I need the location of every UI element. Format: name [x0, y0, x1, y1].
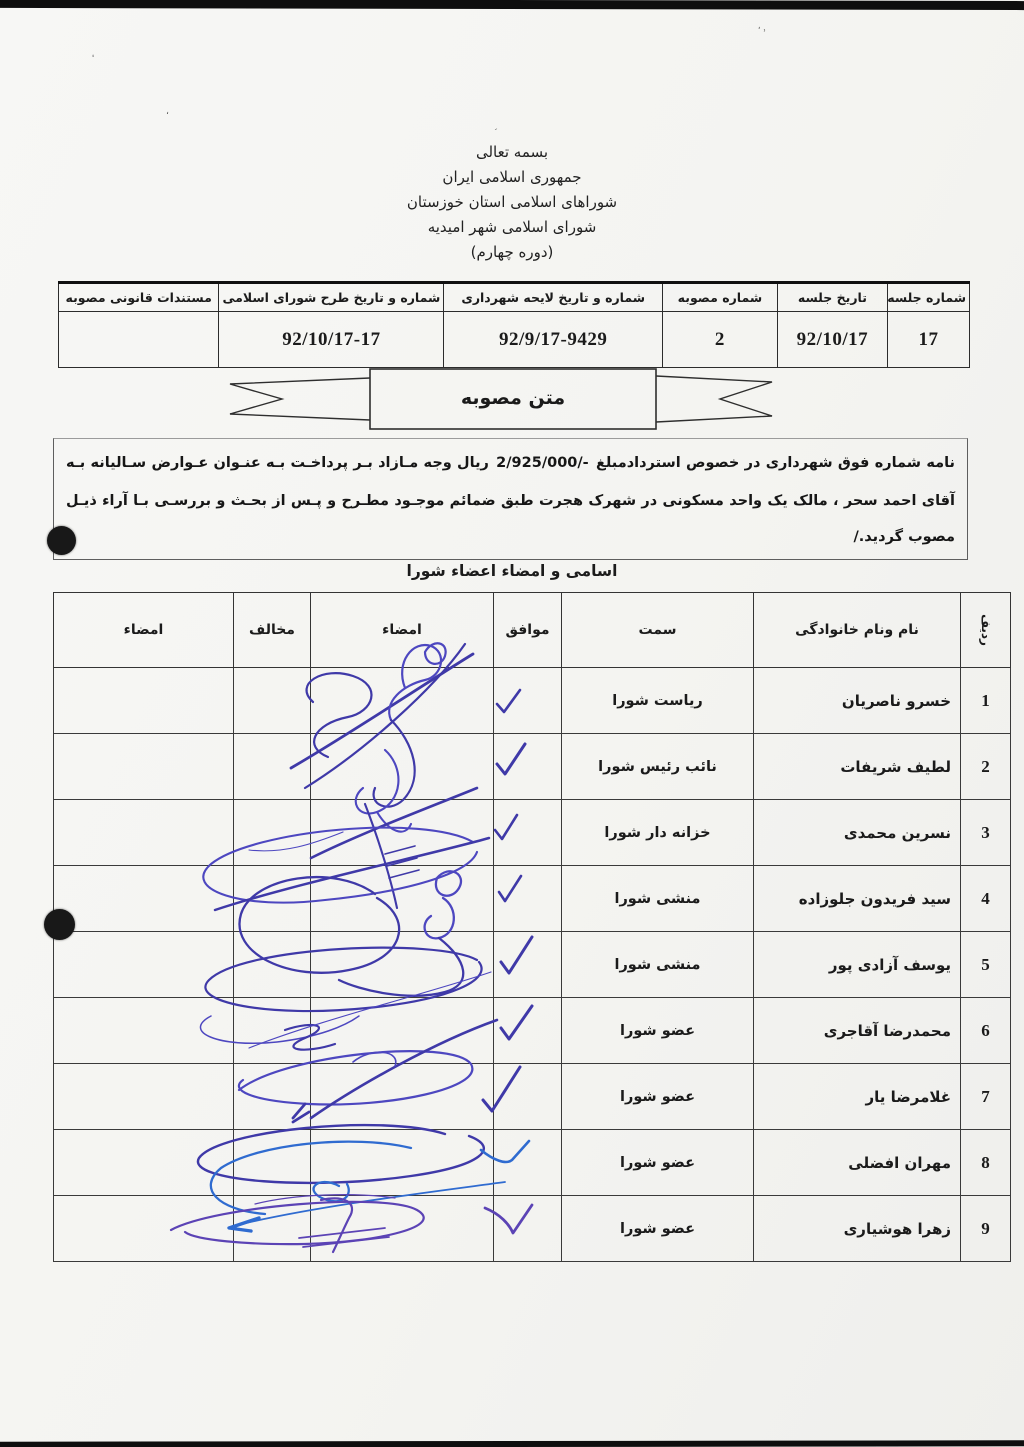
refund-amount: 2/925/000/- — [494, 444, 591, 482]
agree-mark-cell — [494, 1196, 562, 1262]
signature2-cell — [54, 1130, 234, 1196]
hole-punch-mark — [44, 909, 75, 940]
member-name: غلامرضا یار — [754, 1064, 961, 1130]
member-position: خزانه دار شورا — [562, 800, 754, 866]
agree-mark-cell — [494, 866, 562, 932]
members-table-body: 1خسرو ناصریانریاست شورا2لطیف شریفاتنائب … — [54, 668, 1011, 1262]
signature-cell — [311, 668, 494, 734]
resolution-banner: متن مصوبه — [224, 366, 778, 432]
agree-mark-cell — [494, 932, 562, 998]
member-name: لطیف شریفات — [754, 734, 961, 800]
row-number: 1 — [961, 668, 1011, 734]
letterhead-line: (دوره چهارم) — [0, 240, 1024, 265]
resolution-line-1: نامه شماره فوق شهرداری در خصوص استردادمب… — [66, 444, 955, 482]
oppose-cell — [234, 734, 311, 800]
header-resolution-number: شماره مصوبه — [663, 283, 778, 312]
signature2-cell — [54, 1064, 234, 1130]
scan-edge-bottom — [0, 1440, 1024, 1447]
signature2-cell — [54, 800, 234, 866]
header-member-name: نام ونام خانوادگی — [754, 593, 961, 668]
session-info-table: شماره جلسه تاریخ جلسه شماره مصوبه شماره … — [58, 281, 970, 368]
member-row: 1خسرو ناصریانریاست شورا — [54, 668, 1011, 734]
member-position: ریاست شورا — [562, 668, 754, 734]
ink-speck: ، — [166, 108, 169, 117]
member-name: زهرا هوشیاری — [754, 1196, 961, 1262]
member-name: مهران افضلی — [754, 1130, 961, 1196]
signature2-cell — [54, 998, 234, 1064]
header-member-position: سمت — [562, 593, 754, 668]
members-header-row: ردیف نام ونام خانوادگی سمت موافق امضاء م… — [54, 593, 1011, 668]
agree-mark-cell — [494, 800, 562, 866]
signature-cell — [311, 1196, 494, 1262]
member-row: 8مهران افضلیعضو شورا — [54, 1130, 1011, 1196]
signature2-cell — [54, 1196, 234, 1262]
resolution-text-box: نامه شماره فوق شهرداری در خصوص استردادمب… — [53, 438, 968, 560]
ink-speck: ʻ — [92, 55, 98, 64]
signature-cell — [311, 734, 494, 800]
resolution-text: ریال وجه مـازاد بـر پرداخـت بـه عنـوان ع… — [66, 455, 489, 471]
member-row: 5یوسف آزادی پورمنشی شورا — [54, 932, 1011, 998]
letterhead-line: جمهوری اسلامی ایران — [0, 165, 1024, 190]
header-row-number: ردیف — [961, 593, 1011, 668]
member-row: 4سید فریدون جلوزادهمنشی شورا — [54, 866, 1011, 932]
ink-speck: ˏ — [493, 122, 500, 132]
member-row: 6محمدرضا آقاجریعضو شورا — [54, 998, 1011, 1064]
member-position: عضو شورا — [562, 1130, 754, 1196]
signature-cell — [311, 998, 494, 1064]
signature-cell — [311, 1064, 494, 1130]
scanned-document-page: ʻ ، ˏ ʹ ˒ بسمه تعالی جمهوری اسلامی ایران… — [0, 0, 1024, 1447]
agree-mark-cell — [494, 668, 562, 734]
info-header-row: شماره جلسه تاریخ جلسه شماره مصوبه شماره … — [59, 283, 970, 312]
oppose-cell — [234, 866, 311, 932]
row-number: 3 — [961, 800, 1011, 866]
member-position: نائب رئیس شورا — [562, 734, 754, 800]
member-name: محمدرضا آقاجری — [754, 998, 961, 1064]
letterhead-line: شوراهای اسلامی استان خوزستان — [0, 190, 1024, 215]
resolution-line-3: مصوب گردید./ — [66, 520, 955, 554]
header-plan-number-date: شماره و تاریخ طرح شورای اسلامی — [219, 283, 444, 312]
signature2-cell — [54, 734, 234, 800]
oppose-cell — [234, 668, 311, 734]
value-legal-docs — [59, 312, 219, 368]
member-name: سید فریدون جلوزاده — [754, 866, 961, 932]
row-number: 5 — [961, 932, 1011, 998]
header-legal-docs: مستندات قانونی مصوبه — [59, 283, 219, 312]
agree-mark-cell — [494, 998, 562, 1064]
oppose-cell — [234, 1064, 311, 1130]
signature2-cell — [54, 866, 234, 932]
signature-cell — [311, 1130, 494, 1196]
info-value-row: 17 92/10/17 2 92/9/17-9429 92/10/17-17 — [59, 312, 970, 368]
oppose-cell — [234, 998, 311, 1064]
member-row: 2لطیف شریفاتنائب رئیس شورا — [54, 734, 1011, 800]
value-session-number: 17 — [888, 312, 970, 368]
member-row: 3نسرین محمدیخزانه دار شورا — [54, 800, 1011, 866]
letterhead: بسمه تعالی جمهوری اسلامی ایران شوراهای ا… — [0, 140, 1024, 265]
row-number: 8 — [961, 1130, 1011, 1196]
oppose-cell — [234, 1130, 311, 1196]
ink-speck: ʹ ˒ — [758, 28, 766, 37]
member-position: عضو شورا — [562, 1064, 754, 1130]
scan-edge-top — [0, 0, 1024, 10]
header-session-date: تاریخ جلسه — [777, 283, 887, 312]
row-number: 9 — [961, 1196, 1011, 1262]
header-session-number: شماره جلسه — [888, 283, 970, 312]
signature-cell — [311, 932, 494, 998]
signature-cell — [311, 800, 494, 866]
resolution-text: نامه شماره فوق شهرداری در خصوص استردادمب… — [596, 455, 955, 471]
member-row: 7غلامرضا یارعضو شورا — [54, 1064, 1011, 1130]
letterhead-line: شورای اسلامی شهر امیدیه — [0, 215, 1024, 240]
value-plan-number-date: 92/10/17-17 — [219, 312, 444, 368]
oppose-cell — [234, 800, 311, 866]
value-resolution-number: 2 — [663, 312, 778, 368]
member-position: منشی شورا — [562, 866, 754, 932]
header-bill-number-date: شماره و تاریخ لایحه شهرداری — [444, 283, 663, 312]
row-number: 6 — [961, 998, 1011, 1064]
agree-mark-cell — [494, 1130, 562, 1196]
value-bill-number-date: 92/9/17-9429 — [444, 312, 663, 368]
member-name: یوسف آزادی پور — [754, 932, 961, 998]
member-position: منشی شورا — [562, 932, 754, 998]
agree-mark-cell — [494, 734, 562, 800]
header-oppose: مخالف — [234, 593, 311, 668]
value-session-date: 92/10/17 — [777, 312, 887, 368]
member-name: خسرو ناصریان — [754, 668, 961, 734]
header-agree: موافق — [494, 593, 562, 668]
resolution-line-2: آقای احمد سحر ، مالک یک واحد مسکونی در ش… — [66, 482, 955, 520]
members-section-title: اسامی و امضاء اعضاء شورا — [0, 562, 1024, 580]
hole-punch-mark — [47, 526, 76, 555]
header-signature-2: امضاء — [54, 593, 234, 668]
banner-title: متن مصوبه — [370, 369, 656, 429]
members-table: ردیف نام ونام خانوادگی سمت موافق امضاء م… — [53, 592, 1011, 1262]
member-row: 9زهرا هوشیاریعضو شورا — [54, 1196, 1011, 1262]
member-position: عضو شورا — [562, 1196, 754, 1262]
signature2-cell — [54, 668, 234, 734]
row-number: 2 — [961, 734, 1011, 800]
signature-cell — [311, 866, 494, 932]
member-position: عضو شورا — [562, 998, 754, 1064]
row-number: 7 — [961, 1064, 1011, 1130]
oppose-cell — [234, 932, 311, 998]
header-signature: امضاء — [311, 593, 494, 668]
letterhead-line: بسمه تعالی — [0, 140, 1024, 165]
oppose-cell — [234, 1196, 311, 1262]
header-row-number-label: ردیف — [979, 614, 993, 646]
member-name: نسرین محمدی — [754, 800, 961, 866]
agree-mark-cell — [494, 1064, 562, 1130]
signature2-cell — [54, 932, 234, 998]
row-number: 4 — [961, 866, 1011, 932]
